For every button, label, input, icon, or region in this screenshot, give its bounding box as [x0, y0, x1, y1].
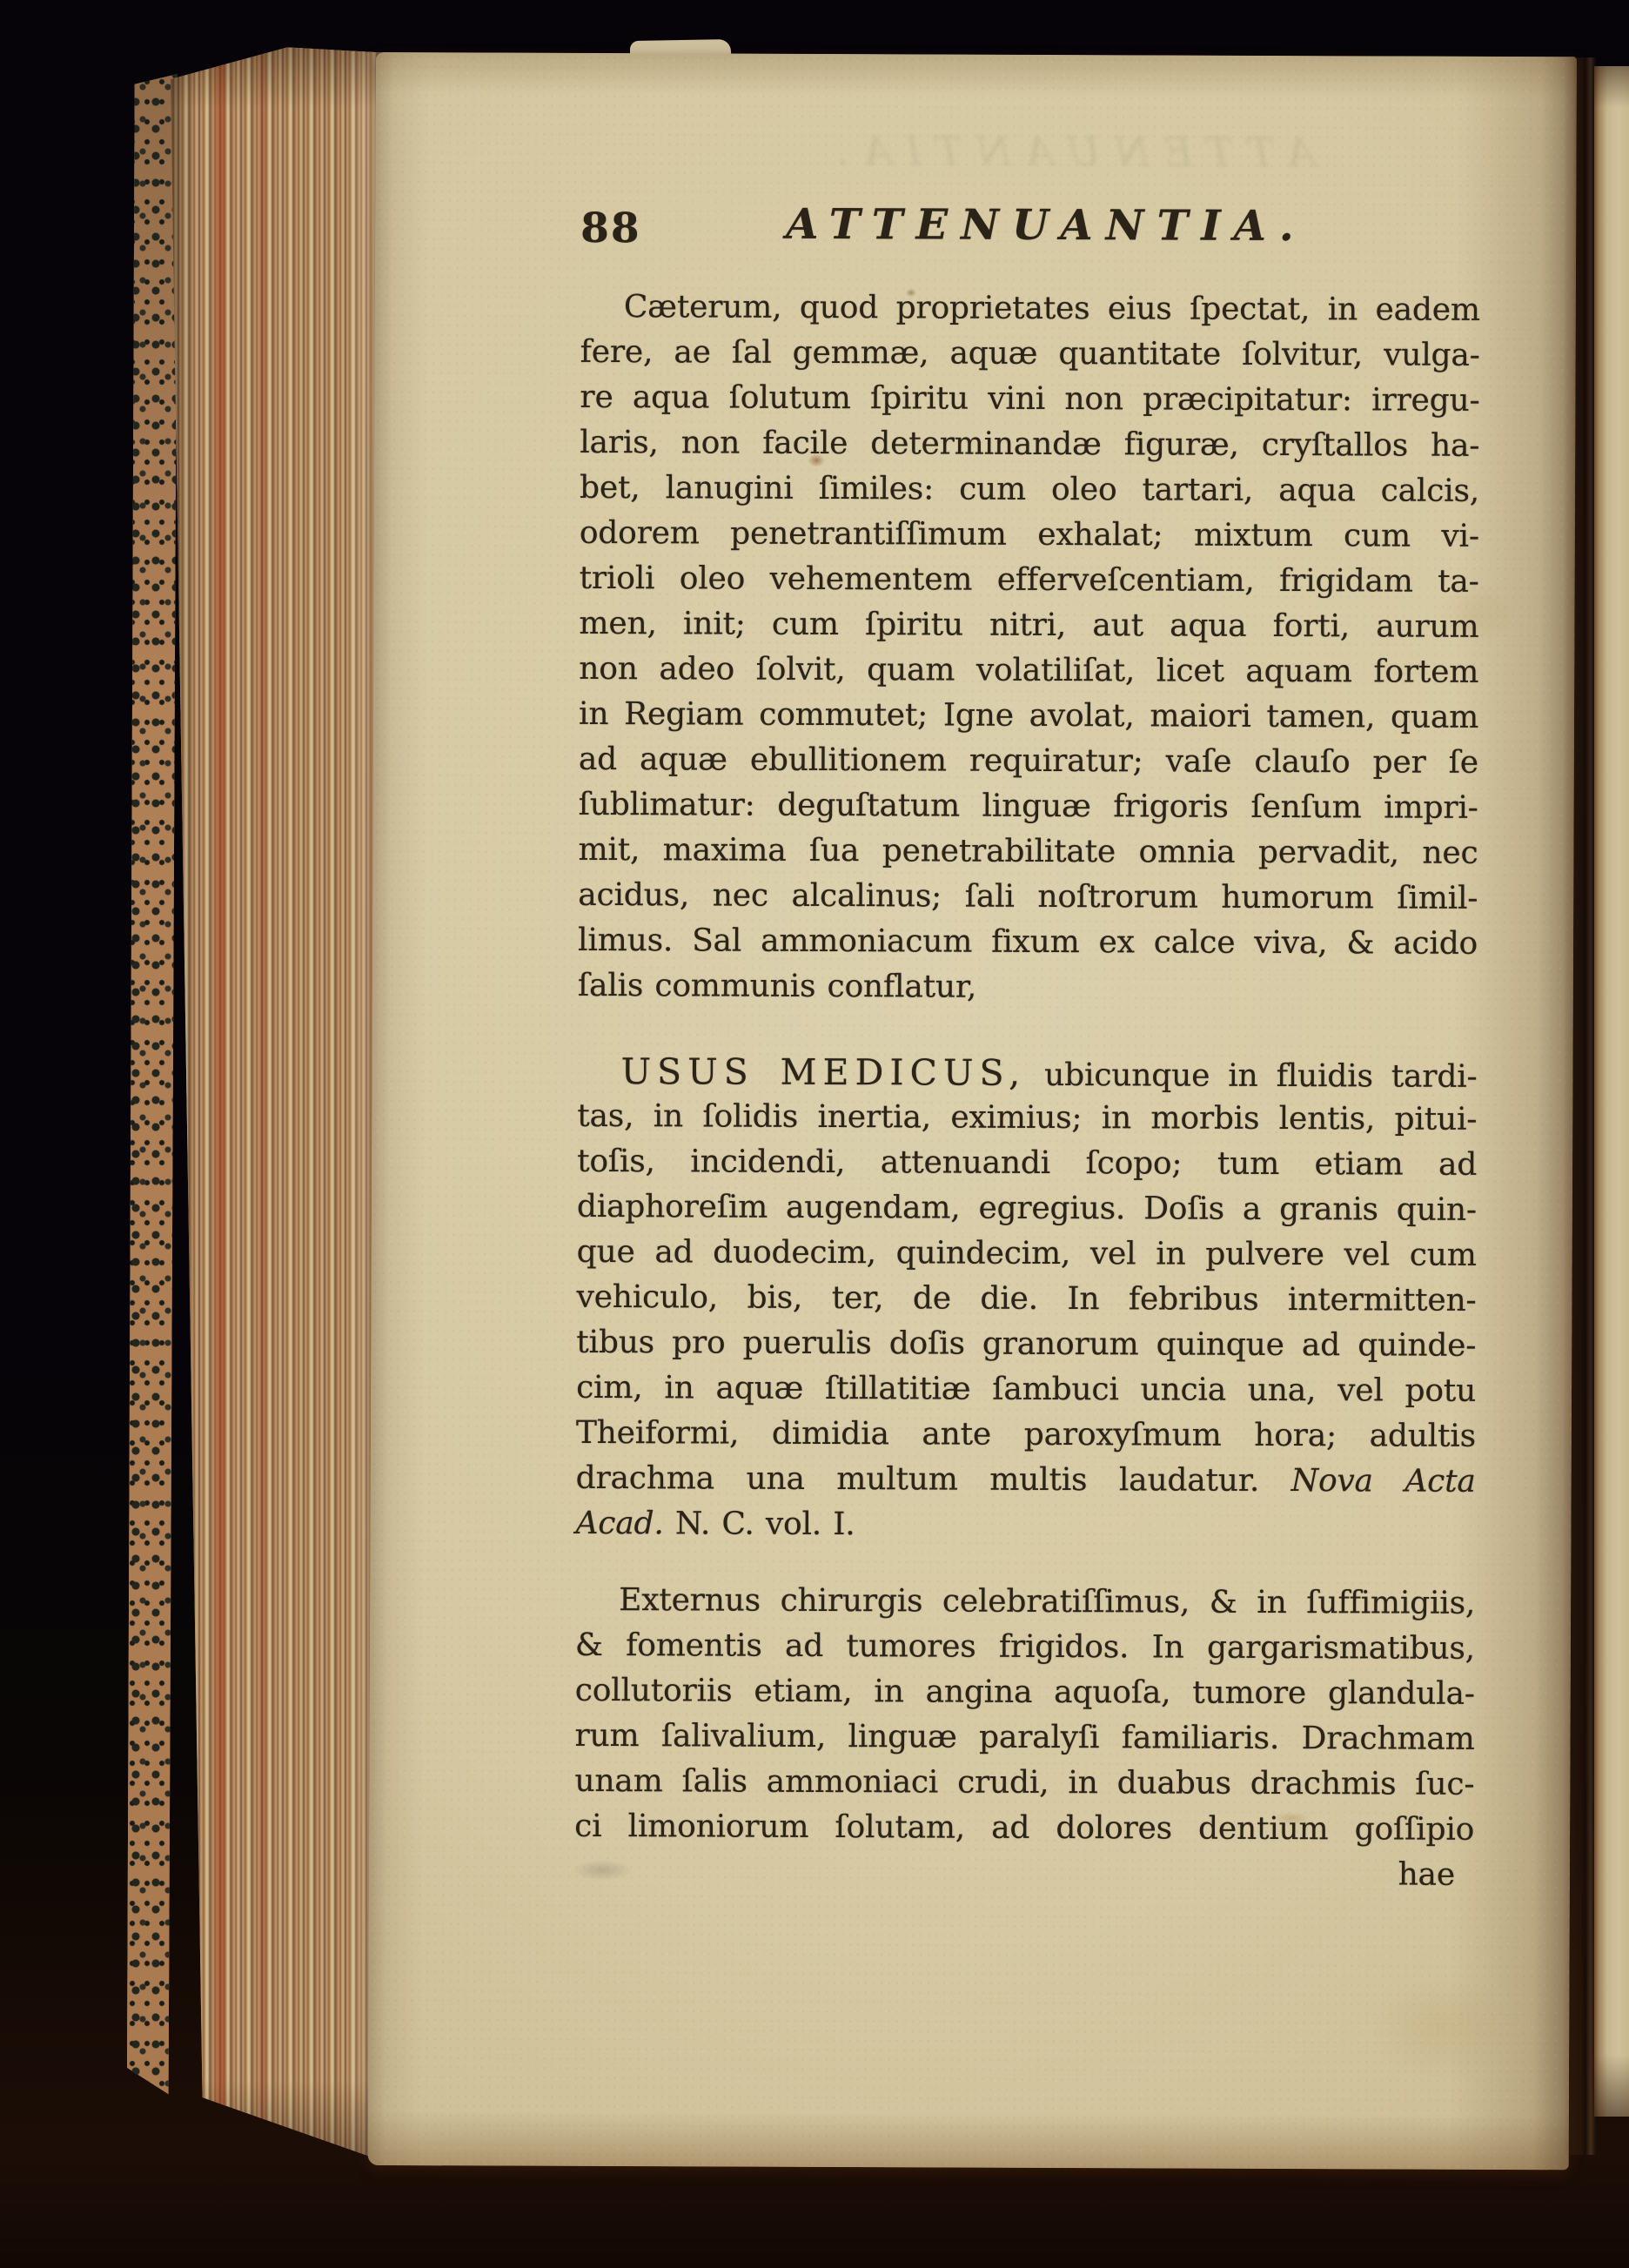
text-line: tibus pro puerulis doſis granorum quinqu… — [576, 1320, 1476, 1369]
body-text: ubicunque in fluidis tardi- — [1026, 1057, 1477, 1095]
gutter-crease — [1563, 57, 1596, 2155]
italic-citation: Acad. — [575, 1506, 663, 1541]
text-line: Externus chirurgis celebratiſſimus, & in… — [575, 1578, 1475, 1627]
photo-background: ATTENUANTIA. 88 ATTENUANTIA. Cæterum, qu… — [0, 0, 1629, 2268]
text-line: tas, in ſolidis inertia, eximius; in mor… — [577, 1094, 1477, 1143]
text-line: ci limoniorum ſolutam, ad dolores dentiu… — [574, 1804, 1474, 1853]
text-line: mit, maxima ſua penetrabilitate omnia pe… — [578, 828, 1478, 876]
catchword-line: hae — [574, 1849, 1474, 1898]
text-line: limus. Sal ammoniacum fixum ex calce viv… — [578, 918, 1478, 967]
body-text: re aqua ſolutum ſpiritu vini non præcipi… — [580, 379, 1479, 419]
body-text: acidus, nec alcalinus; ſali noſtrorum hu… — [578, 877, 1478, 916]
body-text: Theiformi, dimidia ante paroxyſmum hora;… — [576, 1415, 1476, 1454]
text-line: laris, non facile determinandæ figuræ, c… — [580, 420, 1479, 469]
body-text: in Regiam commutet; Igne avolat, maiori … — [579, 696, 1478, 735]
body-text: fere, ae ſal gemmæ, aquæ quantitate ſolv… — [580, 334, 1480, 373]
body-text: unam ſalis ammoniaci crudi, in duabus dr… — [574, 1763, 1474, 1802]
adjacent-page-edge — [1594, 66, 1629, 2117]
page-number: 88 — [580, 205, 641, 252]
body-text: Cæterum, quod proprietates eius ſpectat,… — [624, 289, 1480, 328]
body-text: toſis, incidendi, attenuandi ſcopo; tum … — [577, 1144, 1477, 1183]
body-text: Externus chirurgis celebratiſſimus, & in… — [619, 1582, 1475, 1621]
paragraph: Externus chirurgis celebratiſſimus, & in… — [574, 1578, 1475, 1853]
text-line: ſublimatur: deguſtatum linguæ frigoris ſ… — [579, 782, 1478, 831]
body-text: cim, in aquæ ſtillatitiæ ſambuci uncia u… — [576, 1370, 1476, 1409]
body-text: collutoriis etiam, in angina aquoſa, tum… — [575, 1673, 1475, 1712]
body-text: & fomentis ad tumores frigidos. In garga… — [575, 1627, 1475, 1667]
body-text: odorem penetrantiſſimum exhalat; mixtum … — [580, 515, 1479, 554]
text-line: toſis, incidendi, attenuandi ſcopo; tum … — [577, 1139, 1477, 1188]
running-title: ATTENUANTIA. — [786, 200, 1307, 251]
body-text: N. C. vol. I. — [664, 1506, 855, 1542]
text-line: vehiculo, bis, ter, de die. In febribus … — [576, 1275, 1476, 1324]
text-line: re aqua ſolutum ſpiritu vini non præcipi… — [580, 375, 1479, 424]
text-line: fere, ae ſal gemmæ, aquæ quantitate ſolv… — [580, 330, 1480, 379]
section-heading-caps: USUS MEDICUS, — [620, 1050, 1026, 1094]
text-line: trioli oleo vehementem efferveſcentiam, … — [580, 556, 1479, 605]
text-line: in Regiam commutet; Igne avolat, maiori … — [579, 692, 1478, 741]
body-text: bet, lanugini ſimiles: cum oleo tartari,… — [580, 470, 1479, 509]
text-line: acidus, nec alcalinus; ſali noſtrorum hu… — [578, 873, 1478, 922]
text-line: rum ſalivalium, linguæ paralyſi familiar… — [574, 1714, 1474, 1762]
text-line: odorem penetrantiſſimum exhalat; mixtum … — [580, 511, 1479, 560]
body-text: trioli oleo vehementem efferveſcentiam, … — [580, 560, 1479, 600]
body-text: tibus pro puerulis doſis granorum quinqu… — [576, 1325, 1476, 1364]
text-line: drachma una multum multis laudatur. Nova… — [576, 1456, 1476, 1505]
text-block: Cæterum, quod proprietates eius ſpectat,… — [574, 285, 1480, 1898]
text-line: Acad. N. C. vol. I. — [575, 1501, 1475, 1550]
text-line: non adeo ſolvit, quam volatiliſat, licet… — [579, 647, 1478, 695]
book-page: ATTENUANTIA. 88 ATTENUANTIA. Cæterum, qu… — [368, 52, 1577, 2170]
body-text: mit, maxima ſua penetrabilitate omnia pe… — [578, 832, 1478, 871]
paragraph: Cæterum, quod proprietates eius ſpectat,… — [578, 285, 1480, 1012]
body-text: men, init; cum ſpiritu nitri, aut aqua f… — [579, 606, 1478, 645]
text-line: Theiformi, dimidia ante paroxyſmum hora;… — [576, 1411, 1476, 1459]
text-line: Cæterum, quod proprietates eius ſpectat,… — [580, 285, 1480, 333]
body-text: drachma una multum multis laudatur. — [576, 1460, 1291, 1499]
body-text: laris, non facile determinandæ figuræ, c… — [580, 425, 1479, 464]
catchword: hae — [1398, 1857, 1456, 1893]
book-page-fore-edges — [171, 45, 383, 2165]
body-text: ſublimatur: deguſtatum linguæ frigoris ſ… — [579, 787, 1478, 826]
body-text: tas, in ſolidis inertia, eximius; in mor… — [577, 1098, 1477, 1137]
text-line: unam ſalis ammoniaci crudi, in duabus dr… — [574, 1759, 1474, 1808]
text-line: que ad duodecim, quindecim, vel in pulve… — [577, 1230, 1477, 1278]
body-text: vehiculo, bis, ter, de die. In febribus … — [576, 1279, 1476, 1319]
text-line: ad aquæ ebullitionem requiratur; vaſe cl… — [579, 737, 1478, 786]
body-text: que ad duodecim, quindecim, vel in pulve… — [577, 1234, 1477, 1273]
book-cover-marbled-edge — [127, 68, 178, 2104]
body-text: ci limoniorum ſolutam, ad dolores dentiu… — [574, 1808, 1474, 1848]
text-line: USUS MEDICUS, ubicunque in fluidis tardi… — [577, 1049, 1477, 1097]
body-text: ſalis communis conflatur, — [578, 968, 976, 1005]
ink-bleedthrough-ghost: ATTENUANTIA. — [706, 126, 1315, 176]
text-line: collutoriis etiam, in angina aquoſa, tum… — [575, 1668, 1475, 1717]
page-header: 88 ATTENUANTIA. — [580, 199, 1480, 265]
text-line: bet, lanugini ſimiles: cum oleo tartari,… — [580, 466, 1479, 514]
text-line: men, init; cum ſpiritu nitri, aut aqua f… — [579, 601, 1478, 650]
text-line: ſalis communis conflatur, — [578, 963, 1478, 1012]
paragraph: USUS MEDICUS, ubicunque in fluidis tardi… — [575, 1049, 1477, 1550]
body-text: limus. Sal ammoniacum fixum ex calce viv… — [578, 923, 1478, 962]
text-line: cim, in aquæ ſtillatitiæ ſambuci uncia u… — [576, 1365, 1476, 1414]
body-text: non adeo ſolvit, quam volatiliſat, licet… — [579, 651, 1478, 690]
text-line: diaphoreſim augendam, egregius. Doſis a … — [577, 1184, 1477, 1233]
body-text: ad aquæ ebullitionem requiratur; vaſe cl… — [579, 741, 1478, 781]
body-text: rum ſalivalium, linguæ paralyſi familiar… — [574, 1718, 1474, 1757]
text-line: & fomentis ad tumores frigidos. In garga… — [575, 1623, 1475, 1672]
body-text: diaphoreſim augendam, egregius. Doſis a … — [577, 1189, 1477, 1228]
italic-citation: Nova Acta — [1291, 1463, 1476, 1500]
